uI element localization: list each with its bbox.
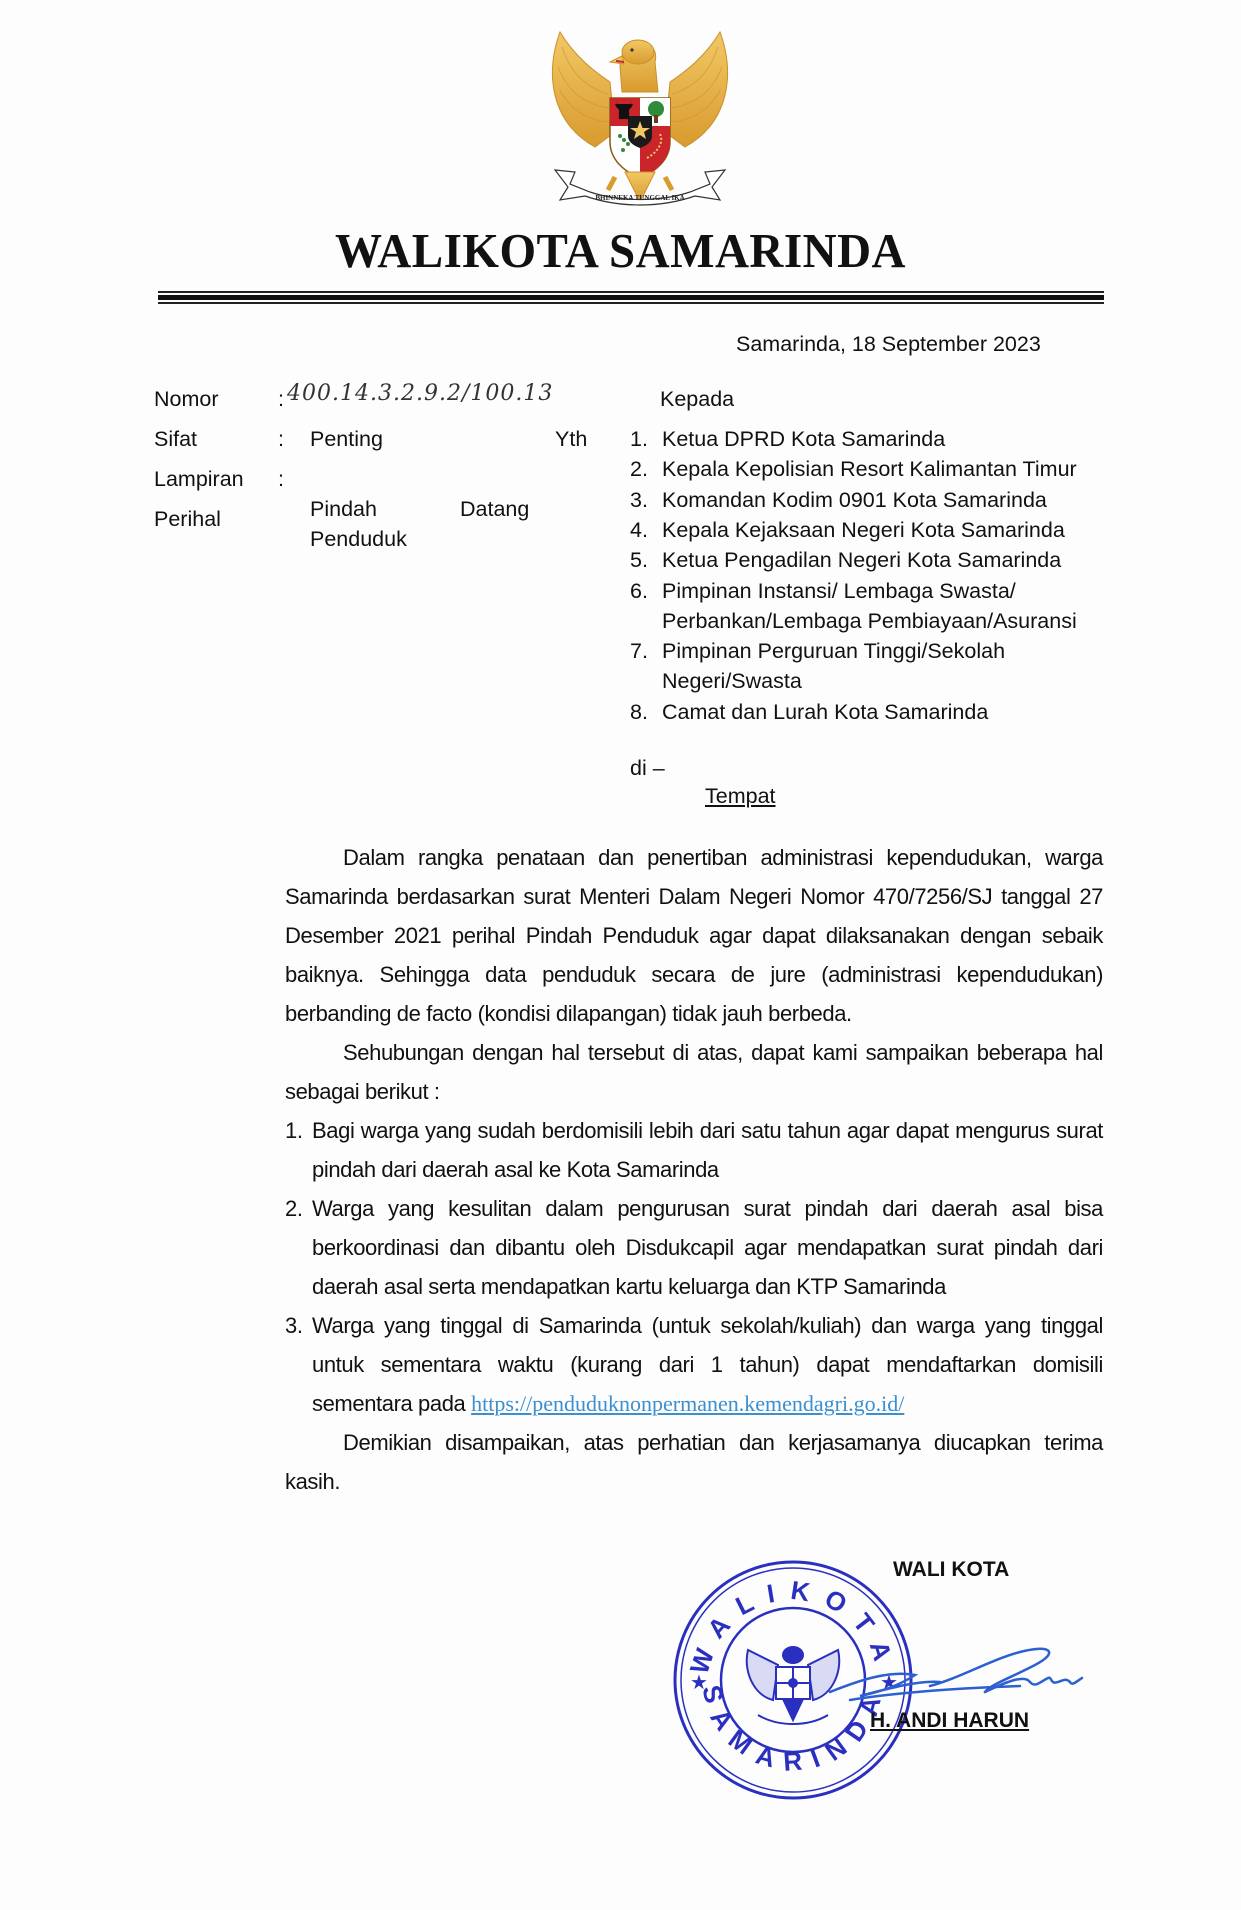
letter-date: Samarinda, 18 September 2023 [736, 329, 1041, 359]
point-text: Warga yang kesulitan dalam pengurusan su… [312, 1189, 1103, 1306]
kepada-label: Kepada [660, 384, 734, 414]
recipient-item: Kepala Kejaksaan Negeri Kota Samarinda [662, 515, 1065, 545]
sifat-label: Sifat [154, 424, 197, 454]
tempat-label: Tempat [705, 781, 776, 811]
recipient-item: Pimpinan Instansi/ Lembaga Swasta/ [662, 576, 1016, 606]
perihal-value-word1: Pindah [310, 494, 377, 524]
point-number: 1. [285, 1111, 303, 1150]
lampiran-colon: : [278, 464, 284, 494]
sifat-value: Penting [310, 424, 383, 454]
recipient-number: 3. [630, 485, 648, 515]
recipient-item: Kepala Kepolisian Resort Kalimantan Timu… [662, 454, 1077, 484]
emblem-motto: BHINNEKA TUNGGAL IKA [595, 194, 684, 202]
penduduk-nonpermanen-link[interactable]: https://penduduknonpermanen.kemendagri.g… [471, 1391, 904, 1416]
garuda-pancasila-emblem-icon: BHINNEKA TUNGGAL IKA [540, 12, 740, 217]
lampiran-label: Lampiran [154, 464, 244, 494]
recipient-number: 8. [630, 697, 648, 727]
point-text: Warga yang tinggal di Samarinda (untuk s… [312, 1306, 1103, 1423]
recipient-number: 1. [630, 424, 648, 454]
nomor-value-handwritten: 400.14.3.2.9.2/100.13 [287, 381, 553, 406]
point-item-1: 1. Bagi warga yang sudah berdomisili leb… [285, 1111, 1103, 1189]
svg-text:★: ★ [690, 1672, 708, 1694]
recipient-item: Pimpinan Perguruan Tinggi/Sekolah [662, 636, 1005, 666]
paragraph-closing: Demikian disampaikan, atas perhatian dan… [285, 1423, 1103, 1501]
recipient-item: Perbankan/Lembaga Pembiayaan/Asuransi [662, 606, 1077, 636]
perihal-value-line2: Penduduk [310, 524, 407, 554]
recipient-number: 4. [630, 515, 648, 545]
point-number: 2. [285, 1189, 303, 1228]
perihal-value-word2: Datang [460, 494, 529, 524]
recipient-number: 7. [630, 636, 648, 666]
recipient-number: 5. [630, 545, 648, 575]
recipient-number: 2. [630, 454, 648, 484]
yth-label: Yth [555, 424, 587, 454]
nomor-colon: : [278, 384, 284, 414]
point-item-3: 3. Warga yang tinggal di Samarinda (untu… [285, 1306, 1103, 1423]
letterhead-title: WALIKOTA SAMARINDA [25, 222, 1216, 279]
signatory-position: WALI KOTA [893, 1558, 1009, 1582]
letterhead-divider [158, 291, 1104, 305]
nomor-label: Nomor [154, 384, 219, 414]
recipient-item: Camat dan Lurah Kota Samarinda [662, 697, 988, 727]
point-item-2: 2. Warga yang kesulitan dalam pengurusan… [285, 1189, 1103, 1306]
handwritten-signature-icon [820, 1630, 1120, 1720]
recipient-item: Ketua DPRD Kota Samarinda [662, 424, 945, 454]
recipient-item: Negeri/Swasta [662, 666, 802, 696]
point-number: 3. [285, 1306, 303, 1345]
di-label: di – [630, 753, 665, 783]
recipient-item: Ketua Pengadilan Negeri Kota Samarinda [662, 545, 1061, 575]
paragraph-intro-text: Dalam rangka penataan dan penertiban adm… [285, 838, 1103, 1033]
paragraph-intro: Dalam rangka penataan dan penertiban adm… [285, 838, 1103, 1033]
recipient-item: Komandan Kodim 0901 Kota Samarinda [662, 485, 1047, 515]
sifat-colon: : [278, 424, 284, 454]
perihal-label: Perihal [154, 504, 221, 534]
recipient-number: 6. [630, 576, 648, 606]
signatory-name: H. ANDI HARUN [870, 1709, 1029, 1733]
paragraph-followup-text: Sehubungan dengan hal tersebut di atas, … [285, 1033, 1103, 1111]
paragraph-followup: Sehubungan dengan hal tersebut di atas, … [285, 1033, 1103, 1111]
paragraph-closing-text: Demikian disampaikan, atas perhatian dan… [285, 1423, 1103, 1501]
point-text: Bagi warga yang sudah berdomisili lebih … [312, 1111, 1103, 1189]
